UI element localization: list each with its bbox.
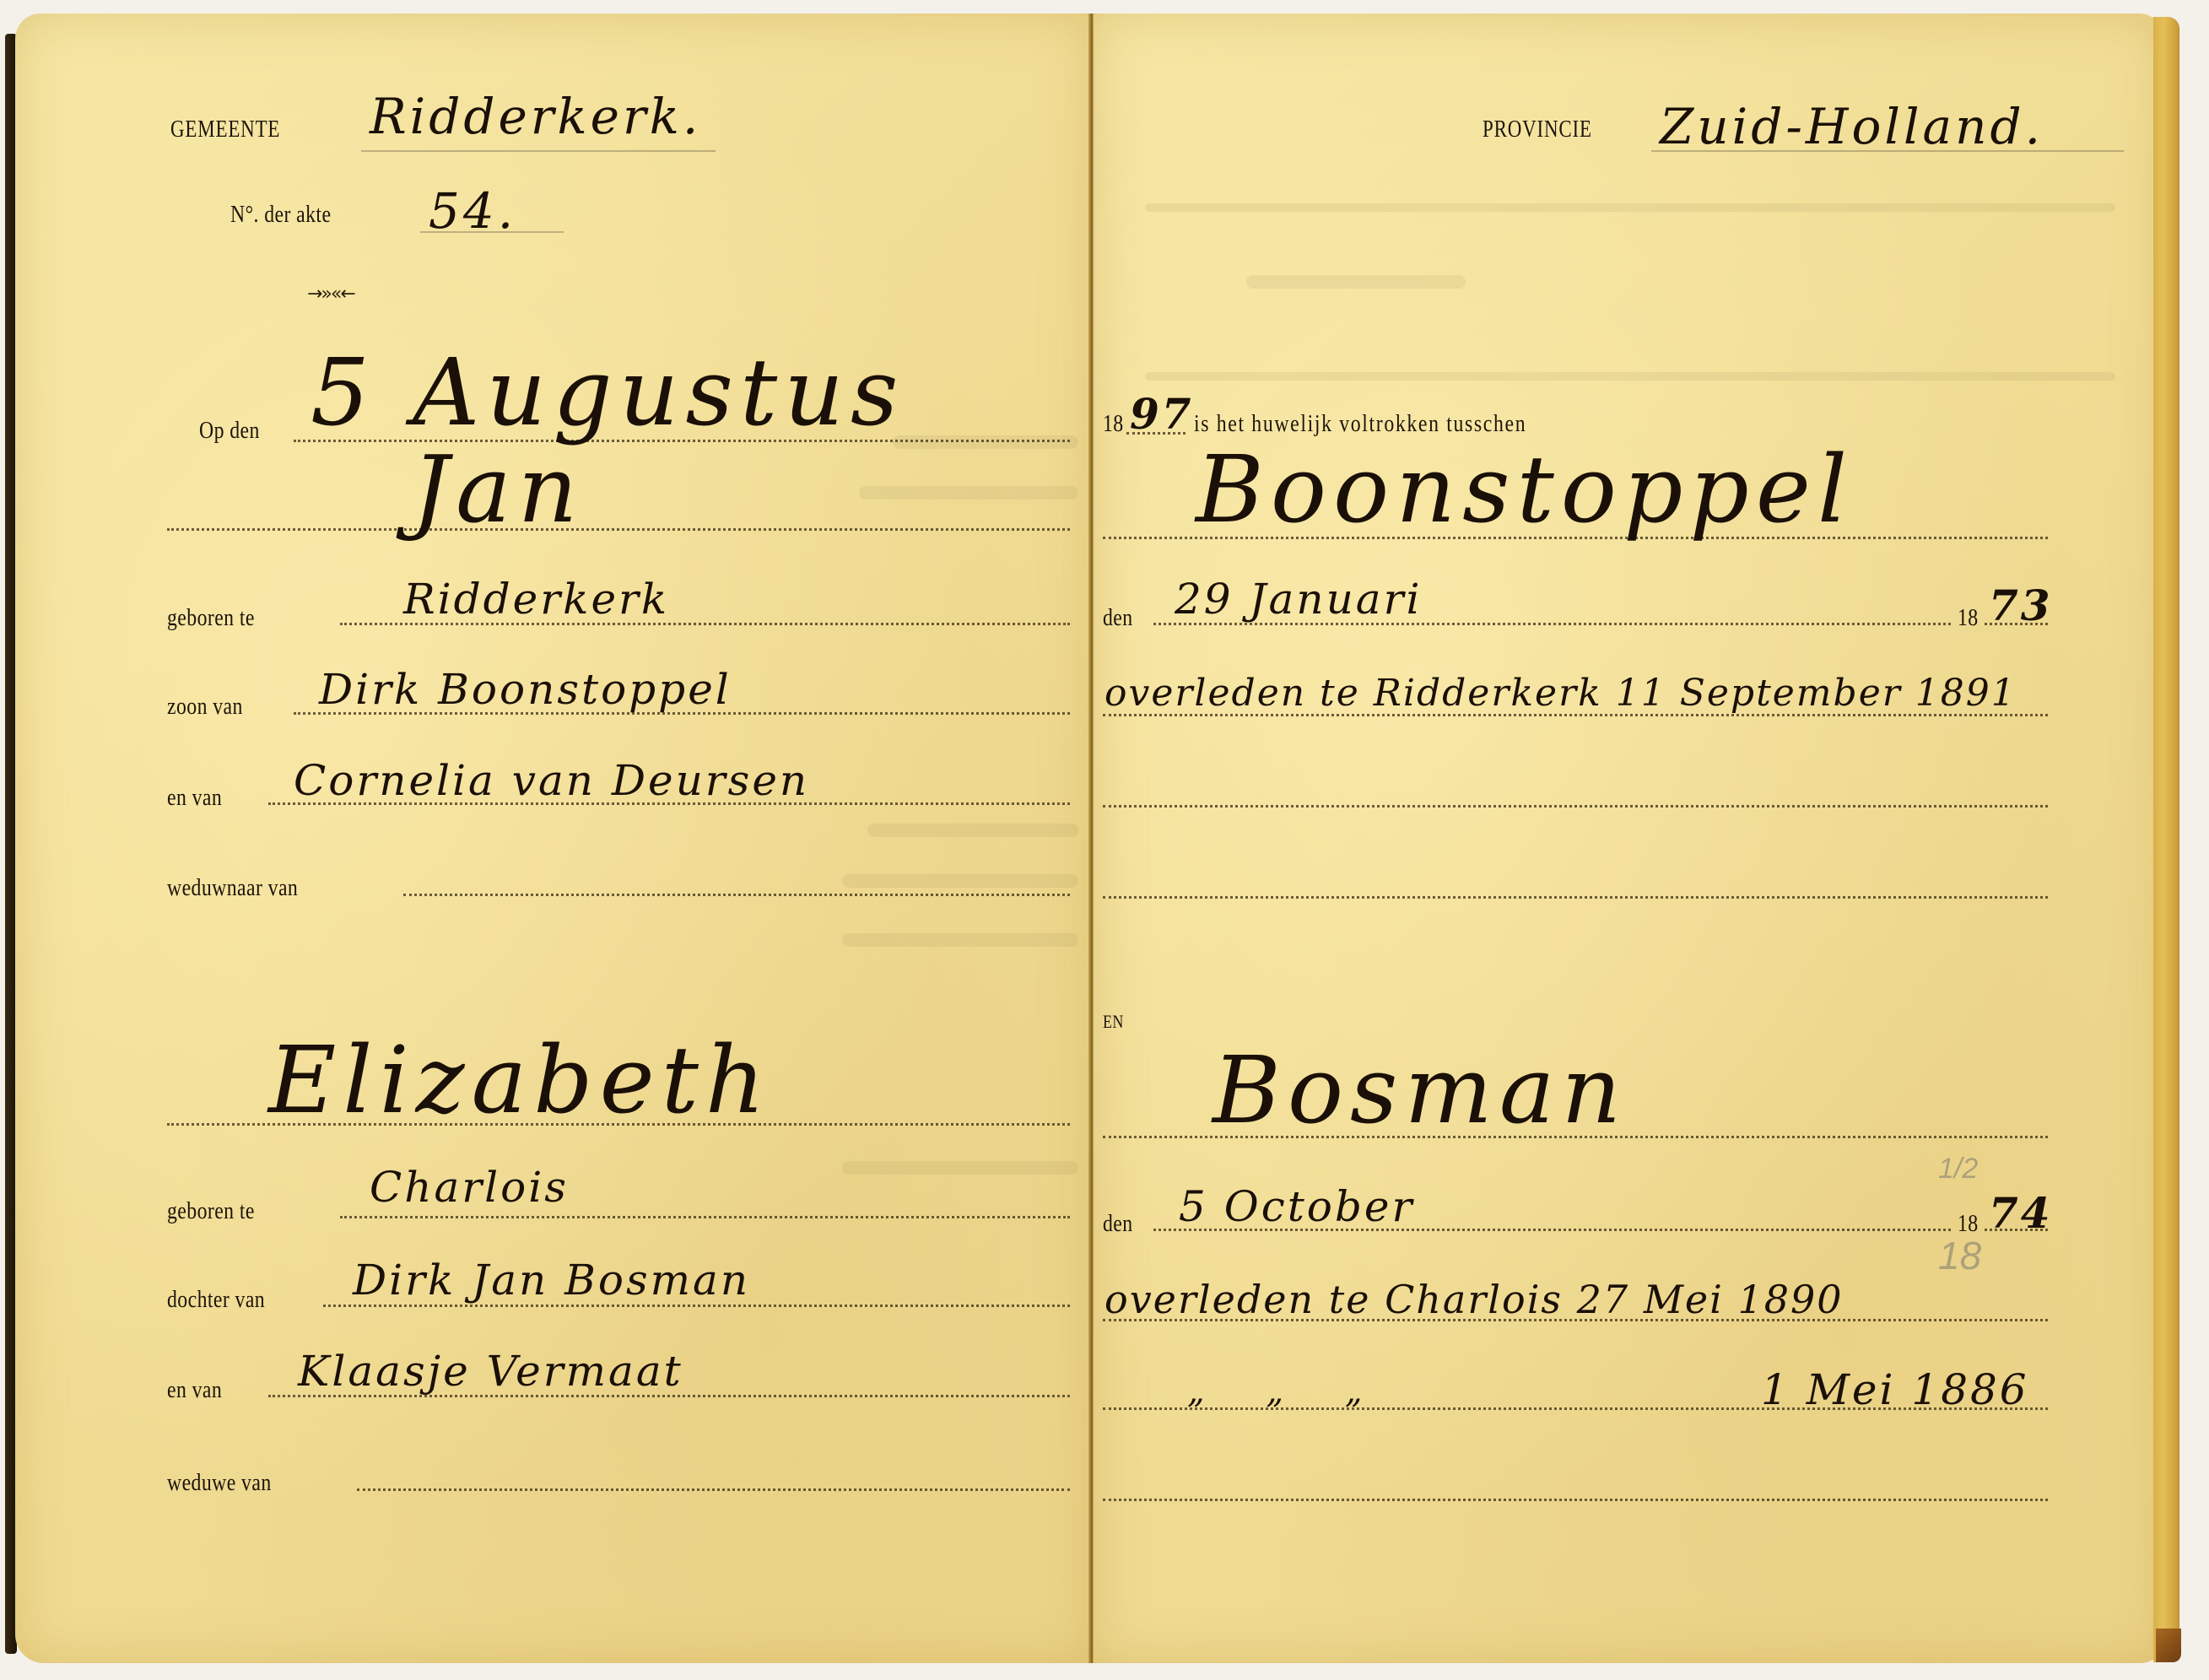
bride-mother-value: Klaasje Vermaat: [298, 1347, 683, 1396]
bride-parent-death-2-date: 1 Mei 1886: [1761, 1365, 2029, 1414]
gemeente-rule: [361, 150, 716, 152]
gemeente-label: GEMEENTE: [170, 116, 280, 143]
bride-mother-label: en van: [167, 1376, 222, 1404]
widower-of-line: [403, 894, 1070, 896]
groom-mother-value: Cornelia van Deursen: [294, 756, 809, 805]
bleed-through: [842, 1161, 1078, 1175]
pencil-year-note: 18: [1938, 1233, 1981, 1278]
groom-birth-label: den: [1103, 604, 1133, 632]
marriage-year-prefix: 18: [1103, 410, 1124, 438]
widower-of-label: weduwnaar van: [167, 874, 298, 902]
bleed-through: [859, 486, 1078, 500]
bride-born-line: [340, 1216, 1070, 1218]
bride-born-value: Charlois: [370, 1163, 569, 1212]
left-page: GEMEENTE Ridderkerk. N°. der akte 54. →»…: [15, 14, 1093, 1663]
akte-number-label: N°. der akte: [230, 201, 331, 229]
widow-of-label: weduwe van: [167, 1469, 272, 1497]
bride-extra-line: [1103, 1499, 2048, 1501]
son-of-value: Dirk Boonstoppel: [319, 665, 732, 714]
son-of-label: zoon van: [167, 693, 243, 721]
bleed-through: [1145, 372, 2115, 381]
groom-firstname-line: [167, 528, 1070, 531]
groom-birth-day-month: 29 Januari: [1175, 575, 1422, 624]
bride-parent-death-2-ditto: „ „ „: [1187, 1372, 1388, 1411]
bleed-through: [842, 874, 1078, 888]
groom-parent-death: overleden te Ridderkerk 11 September 189…: [1104, 672, 2017, 715]
bride-surname: Bosman: [1213, 1036, 1628, 1144]
daughter-of-line: [323, 1305, 1070, 1307]
bride-parent-death-1: overleden te Charlois 27 Mei 1890: [1104, 1277, 1844, 1322]
groom-mother-label: en van: [167, 784, 222, 812]
page-block-edge: [2153, 17, 2179, 1662]
bride-birth-label: den: [1103, 1210, 1133, 1238]
bleed-through: [842, 933, 1078, 947]
corner-wear: [2156, 1629, 2181, 1662]
groom-extra-line-2: [1103, 896, 2048, 899]
marriage-year-suffix: 97: [1130, 389, 1194, 439]
groom-extra-line-1: [1103, 805, 2048, 808]
provincie-value: Zuid-Holland.: [1660, 98, 2044, 155]
bleed-through: [893, 435, 1078, 449]
bride-born-label: geboren te: [167, 1197, 255, 1225]
groom-surname: Boonstoppel: [1196, 435, 1854, 543]
ornament-divider: →»«←: [307, 284, 354, 305]
bride-first-name: Elizabeth: [268, 1026, 772, 1134]
groom-born-value: Ridderkerk: [403, 575, 669, 624]
right-page: PROVINCIE Zuid-Holland. 18 97 is het huw…: [1094, 14, 2164, 1663]
pencil-fraction-note: 1/2: [1938, 1153, 1978, 1186]
widow-of-line: [357, 1488, 1070, 1491]
marriage-statement: is het huwelijk voltrokken tusschen: [1194, 410, 1526, 438]
daughter-of-value: Dirk Jan Bosman: [353, 1256, 750, 1305]
provincie-label: PROVINCIE: [1483, 116, 1592, 143]
date-label: Op den: [199, 417, 260, 445]
groom-birth-year-suffix: 73: [1989, 581, 2053, 630]
bride-birth-year-suffix: 74: [1989, 1188, 2053, 1238]
marriage-booklet: GEMEENTE Ridderkerk. N°. der akte 54. →»…: [0, 0, 2209, 1680]
en-label: EN: [1103, 1011, 1124, 1033]
daughter-of-label: dochter van: [167, 1286, 265, 1314]
bleed-through: [867, 824, 1078, 837]
groom-born-label: geboren te: [167, 604, 255, 632]
gemeente-value: Ridderkerk.: [370, 88, 701, 145]
groom-birth-year-prefix: 18: [1958, 604, 1979, 632]
bleed-through: [1246, 275, 1466, 289]
marriage-day-month: 5 Augustus: [311, 338, 905, 446]
akte-number-value: 54.: [429, 182, 516, 240]
groom-first-name: Jan: [412, 435, 585, 543]
bride-birth-day-month: 5 October: [1179, 1182, 1414, 1231]
bleed-through: [1145, 203, 2115, 212]
